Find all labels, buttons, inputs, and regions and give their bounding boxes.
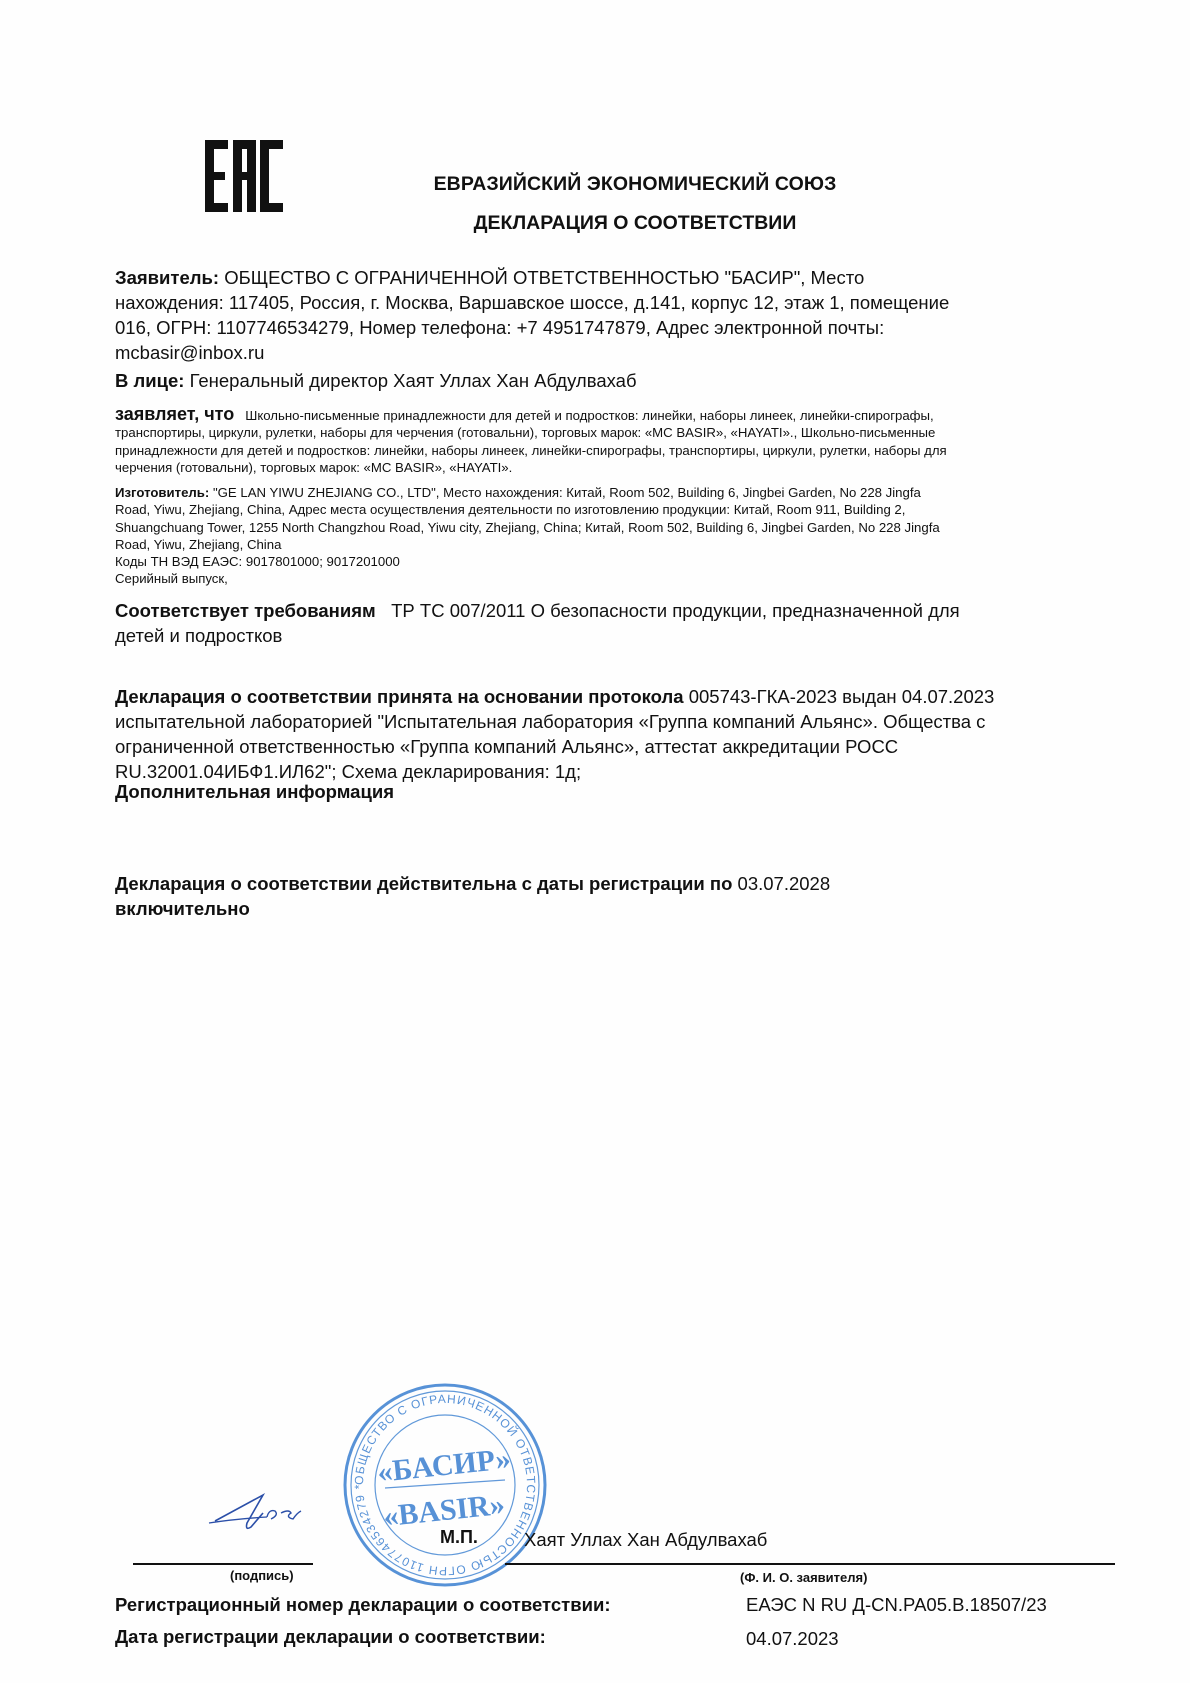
manufacturer-line: "GE LAN YIWU ZHEJIANG CO., LTD", Место н… xyxy=(209,485,921,500)
registration-number-value: ЕАЭС N RU Д-CN.РА05.В.18507/23 xyxy=(746,1594,1047,1616)
protocol-line: испытательной лабораторией "Испытательна… xyxy=(115,709,1130,734)
declares-section: заявляет, что Школьно-письменные принадл… xyxy=(115,406,1130,476)
applicant-section: Заявитель: ОБЩЕСТВО С ОГРАНИЧЕННОЙ ОТВЕТ… xyxy=(115,265,1130,365)
applicant-email: mcbasir@inbox.ru xyxy=(115,340,1130,365)
declares-line: черчения (готовальни), торговых марок: «… xyxy=(115,459,1130,476)
manufacturer-section: Изготовитель: "GE LAN YIWU ZHEJIANG CO.,… xyxy=(115,484,1130,588)
signature-line xyxy=(133,1563,313,1565)
declares-line: транспортиры, циркули, рулетки, наборы д… xyxy=(115,424,1130,441)
name-line xyxy=(505,1563,1115,1565)
declares-line: принадлежности для детей и подростков: л… xyxy=(115,442,1130,459)
stamp-place-mark: М.П. xyxy=(440,1527,478,1548)
document-title: ДЕКЛАРАЦИЯ О СООТВЕТСТВИИ xyxy=(0,212,1190,235)
signature-icon xyxy=(205,1483,315,1533)
manufacturer-label: Изготовитель: xyxy=(115,485,209,500)
validity-section: Декларация о соответствии действительна … xyxy=(115,871,1130,921)
applicant-line: 016, ОГРН: 1107746534279, Номер телефона… xyxy=(115,315,1130,340)
conforms-line: детей и подростков xyxy=(115,623,1130,648)
signature-caption: (подпись) xyxy=(230,1568,294,1583)
declares-label: заявляет, что xyxy=(115,404,234,424)
protocol-label: Декларация о соответствии принята на осн… xyxy=(115,686,684,707)
name-caption: (Ф. И. О. заявителя) xyxy=(740,1570,867,1585)
registration-number-label: Регистрационный номер декларации о соотв… xyxy=(115,1594,611,1616)
declaration-page: ЕВРАЗИЙСКИЙ ЭКОНОМИЧЕСКИЙ СОЮЗ ДЕКЛАРАЦИ… xyxy=(0,0,1190,1683)
additional-info-label: Дополнительная информация xyxy=(115,779,1130,804)
manufacturer-line: Shuangchuang Tower, 1255 North Changzhou… xyxy=(115,519,1130,536)
signer-name: Хаят Уллах Хан Абдулвахаб xyxy=(524,1529,767,1551)
manufacturer-line: Road, Yiwu, Zhejiang, China, Адрес места… xyxy=(115,501,1130,518)
registration-date-label: Дата регистрации декларации о соответств… xyxy=(115,1626,546,1648)
protocol-line: 005743-ГКА-2023 выдан 04.07.2023 xyxy=(684,686,995,707)
union-title: ЕВРАЗИЙСКИЙ ЭКОНОМИЧЕСКИЙ СОЮЗ xyxy=(0,173,1190,196)
conforms-label: Соответствует требованиям xyxy=(115,600,376,621)
manufacturer-line: Road, Yiwu, Zhejiang, China xyxy=(115,536,1130,553)
validity-label: Декларация о соответствии действительна … xyxy=(115,873,732,894)
person-value: Генеральный директор Хаят Уллах Хан Абду… xyxy=(184,370,636,391)
registration-date-value: 04.07.2023 xyxy=(746,1628,839,1650)
conforms-section: Соответствует требованиям ТР ТС 007/2011… xyxy=(115,598,1130,648)
serial-production: Серийный выпуск, xyxy=(115,570,1130,587)
person-label: В лице: xyxy=(115,370,184,391)
protocol-line: ограниченной ответственностью «Группа ко… xyxy=(115,734,1130,759)
validity-date: 03.07.2028 xyxy=(732,873,830,894)
hs-codes: Коды ТН ВЭД ЕАЭС: 9017801000; 9017201000 xyxy=(115,553,1130,570)
validity-inclusive: включительно xyxy=(115,896,1130,921)
svg-text:«БАСИР»: «БАСИР» xyxy=(376,1442,512,1489)
person-section: В лице: Генеральный директор Хаят Уллах … xyxy=(115,368,1130,393)
conforms-line: ТР ТС 007/2011 О безопасности продукции,… xyxy=(376,600,960,621)
applicant-label: Заявитель: xyxy=(115,267,219,288)
declares-line: Школьно-письменные принадлежности для де… xyxy=(234,408,933,423)
applicant-line: ОБЩЕСТВО С ОГРАНИЧЕННОЙ ОТВЕТСТВЕННОСТЬЮ… xyxy=(219,267,864,288)
applicant-line: нахождения: 117405, Россия, г. Москва, В… xyxy=(115,290,1130,315)
protocol-section: Декларация о соответствии принята на осн… xyxy=(115,684,1130,784)
company-stamp-icon: ОБЩЕСТВО С ОГРАНИЧЕННОЙ ОТВЕТСТВЕННОСТЬЮ… xyxy=(340,1380,550,1590)
